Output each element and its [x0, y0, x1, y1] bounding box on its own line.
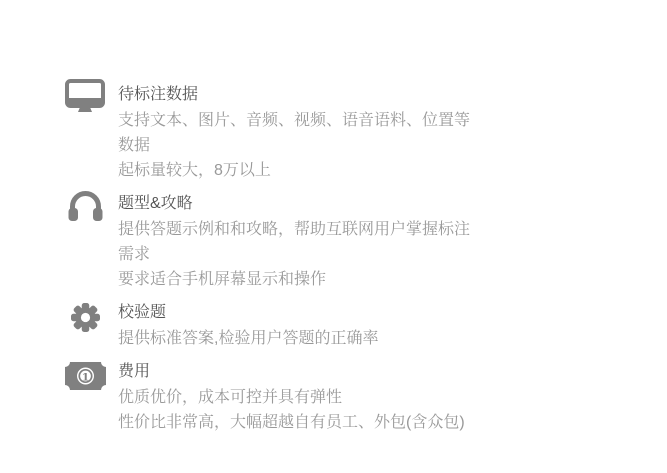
feature-section: 待标注数据 支持文本、图片、音频、视频、语音语料、位置等数据起标量较大，8万以上: [64, 82, 667, 183]
feature-description-line: 要求适合手机屏幕显示和操作: [118, 267, 470, 292]
feature-text: 题型&攻略 提供答题示例和和攻略，帮助互联网用户掌握标注需求要求适合手机屏幕显示…: [118, 191, 470, 292]
feature-title: 待标注数据: [118, 82, 470, 108]
monitor-icon: [65, 79, 105, 113]
feature-description-line: 性价比非常高，大幅超越自有员工、外包(含众包): [118, 410, 465, 435]
feature-description-line: 提供答题示例和和攻略，帮助互联网用户掌握标注: [118, 217, 470, 242]
gear-icon: [69, 301, 102, 334]
feature-title: 校验题: [118, 300, 378, 326]
feature-description-line: 提供标准答案,检验用户答题的正确率: [118, 326, 378, 351]
feature-description: 优质优价，成本可控并具有弹性性价比非常高，大幅超越自有员工、外包(含众包): [118, 385, 465, 435]
feature-description-line: 需求: [118, 242, 470, 267]
feature-icon-cell: [64, 79, 106, 113]
banknote-icon: 1: [65, 362, 106, 390]
feature-text: 校验题 提供标准答案,检验用户答题的正确率: [118, 300, 378, 351]
feature-list: 待标注数据 支持文本、图片、音频、视频、语音语料、位置等数据起标量较大，8万以上…: [0, 0, 667, 435]
feature-section: 题型&攻略 提供答题示例和和攻略，帮助互联网用户掌握标注需求要求适合手机屏幕显示…: [64, 191, 667, 292]
feature-section: 1 费用 优质优价，成本可控并具有弹性性价比非常高，大幅超越自有员工、外包(含众…: [64, 359, 667, 435]
feature-text: 待标注数据 支持文本、图片、音频、视频、语音语料、位置等数据起标量较大，8万以上: [118, 82, 470, 183]
svg-text:1: 1: [81, 371, 88, 383]
headphones-icon: [67, 190, 104, 224]
feature-icon-cell: [64, 301, 106, 334]
feature-title: 题型&攻略: [118, 191, 470, 217]
page: 待标注数据 支持文本、图片、音频、视频、语音语料、位置等数据起标量较大，8万以上…: [0, 0, 667, 473]
feature-description-line: 起标量较大，8万以上: [118, 158, 470, 183]
feature-description-line: 数据: [118, 133, 470, 158]
feature-description: 提供标准答案,检验用户答题的正确率: [118, 326, 378, 351]
feature-section: 校验题 提供标准答案,检验用户答题的正确率: [64, 300, 667, 351]
feature-description-line: 优质优价，成本可控并具有弹性: [118, 385, 465, 410]
feature-text: 费用 优质优价，成本可控并具有弹性性价比非常高，大幅超越自有员工、外包(含众包): [118, 359, 465, 435]
feature-title: 费用: [118, 359, 465, 385]
feature-icon-cell: [64, 190, 106, 224]
feature-description-line: 支持文本、图片、音频、视频、语音语料、位置等: [118, 108, 470, 133]
feature-description: 提供答题示例和和攻略，帮助互联网用户掌握标注需求要求适合手机屏幕显示和操作: [118, 217, 470, 292]
feature-description: 支持文本、图片、音频、视频、语音语料、位置等数据起标量较大，8万以上: [118, 108, 470, 183]
feature-icon-cell: 1: [64, 362, 106, 390]
